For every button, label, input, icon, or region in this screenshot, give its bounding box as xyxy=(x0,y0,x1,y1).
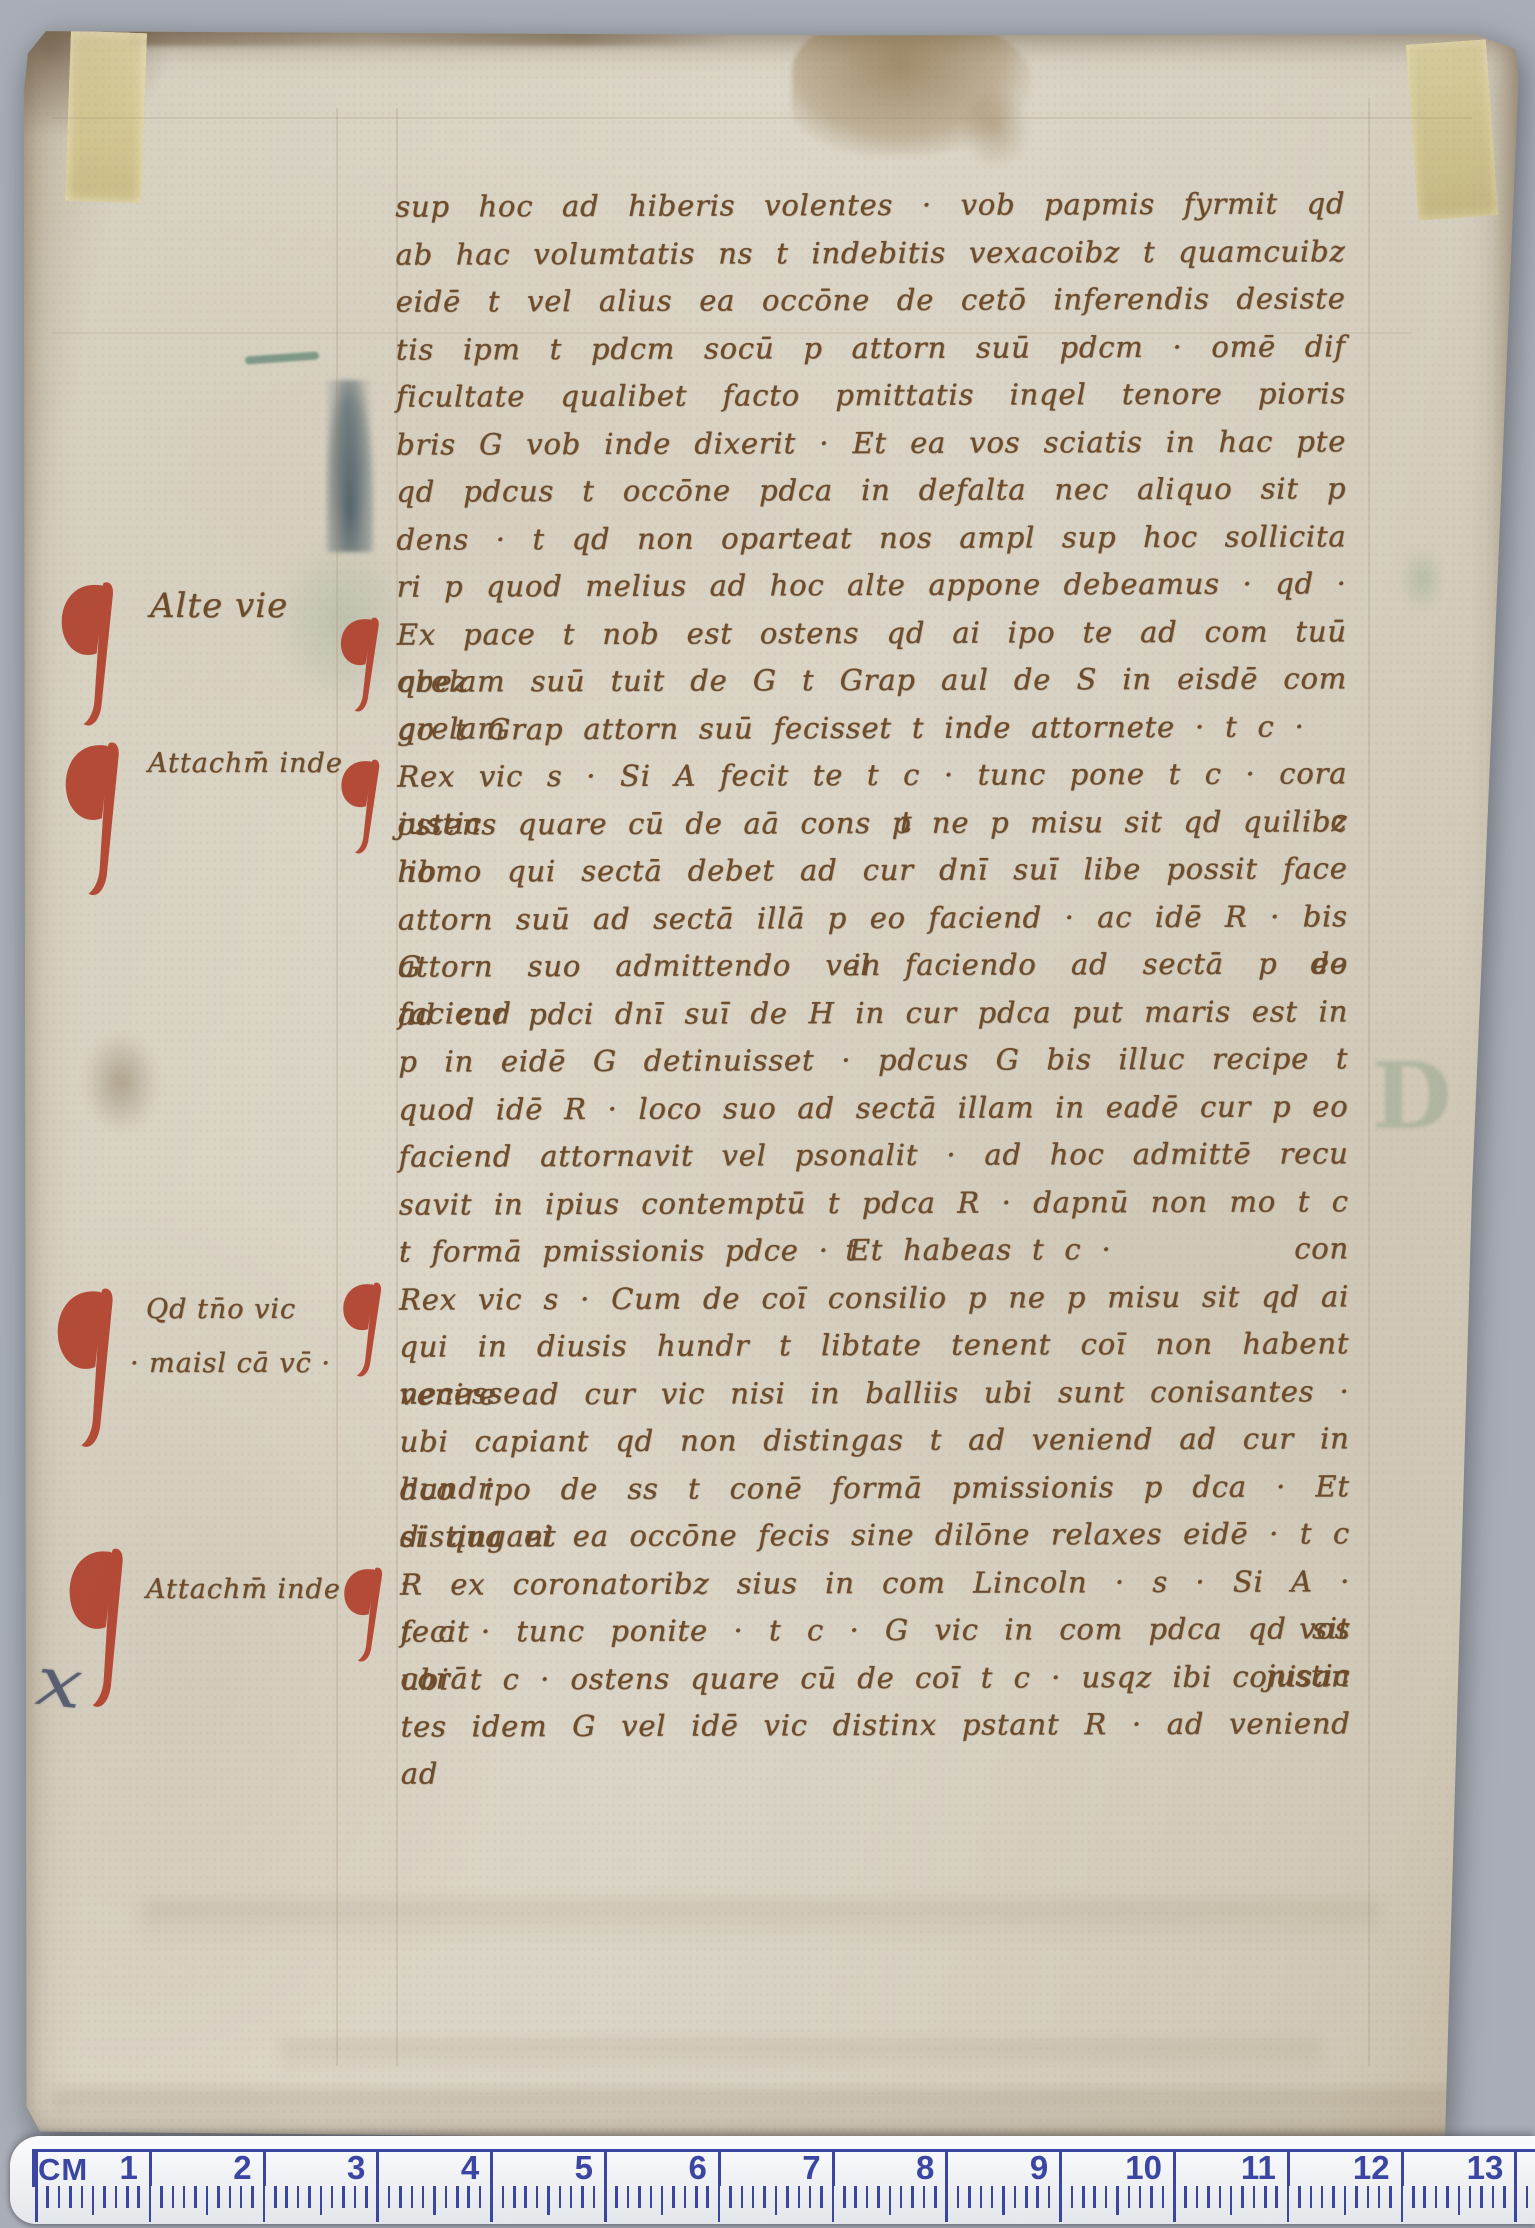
ruler-tick xyxy=(1253,2186,1256,2208)
ruler-tick xyxy=(547,2186,550,2215)
ruler-tick xyxy=(513,2186,516,2208)
ruler-tick xyxy=(832,2186,835,2222)
showthrough-letter: D xyxy=(1372,1042,1452,1150)
ruler-tick xyxy=(820,2186,823,2208)
ruler-tick xyxy=(46,2186,49,2208)
ruler-tick xyxy=(354,2186,357,2208)
ruler-tick xyxy=(1298,2186,1301,2208)
ruler-tick xyxy=(92,2186,95,2215)
manuscript-line-text: bris G vob inde dixerit · Et ea vos scia… xyxy=(396,424,1346,461)
ruler-tick xyxy=(1048,2186,1051,2208)
manuscript-line: Ex pace t nob est ostens qd ai ipo te ad… xyxy=(397,608,1347,658)
margin-paragraph-mark-icon xyxy=(53,1285,121,1455)
margin-note: Attachm̄ inde xyxy=(146,1574,341,1605)
ruler-tick xyxy=(115,2186,118,2208)
ruler-number: 9 xyxy=(964,2150,1048,2186)
ruler-tick xyxy=(741,2186,744,2208)
ruler-cm-line xyxy=(832,2150,835,2186)
ruler-tick xyxy=(1378,2186,1381,2208)
ruler-tick xyxy=(809,2186,812,2208)
manuscript-line-text: ri p quod melius ad hoc alte appone debe… xyxy=(397,566,1347,603)
ruler-tick xyxy=(1310,2186,1313,2208)
ruler-tick xyxy=(1526,2186,1529,2208)
ruler-tick xyxy=(763,2186,766,2208)
ruler-tick xyxy=(559,2186,562,2208)
manuscript-line: faciend attornavit vel psonalit · ad hoc… xyxy=(399,1130,1349,1180)
manuscript-line-text: tis ipm t pdcm socū p attorn suū pdcm · … xyxy=(396,329,1346,366)
ruler-tick xyxy=(331,2186,334,2208)
paragraph-mark-icon xyxy=(339,616,381,716)
manuscript-line: si qua ei ea occōne fecis sine dilōne re… xyxy=(400,1510,1350,1560)
ruler-tick xyxy=(1139,2186,1142,2208)
ruler-tick xyxy=(570,2186,573,2208)
ruler-number: 1 xyxy=(54,2150,138,2186)
ruler-tick xyxy=(843,2186,846,2208)
ruler-tick xyxy=(968,2186,971,2208)
ruler-number: 5 xyxy=(509,2150,593,2186)
ruler-cm-line xyxy=(1401,2150,1404,2186)
manuscript-line: eidē t vel alius ea occōne de cetō infer… xyxy=(396,275,1346,325)
ruler-tick xyxy=(729,2186,732,2208)
ruler-tick xyxy=(69,2186,72,2208)
margin-note: Alte vie xyxy=(150,586,288,626)
ruler-cm-line xyxy=(376,2150,379,2186)
manuscript-line: sup hoc ad hiberis volentes · vob papmis… xyxy=(395,180,1345,230)
ruler-tick xyxy=(775,2186,778,2215)
manuscript-line-text: faciend attornavit vel psonalit · ad hoc… xyxy=(399,1136,1349,1173)
ruler-tick xyxy=(502,2186,505,2208)
ruler-tick xyxy=(615,2186,618,2208)
manuscript-line: ficultate qualibet facto pmittatis inqel… xyxy=(396,370,1346,420)
ruler-tick xyxy=(1014,2186,1017,2208)
manuscript-line: venire ad cur vic nisi in balliis ubi su… xyxy=(399,1368,1349,1418)
manuscript-line-text: go t Grap attorn suū fecisset t inde att… xyxy=(397,709,1305,746)
ruler-tick xyxy=(798,2186,801,2208)
ruler-number: 7 xyxy=(737,2150,821,2186)
manuscript-line-text: tes idem G vel idē vic distinx pstant R … xyxy=(401,1706,1351,1790)
ruler-tick xyxy=(320,2186,323,2215)
manuscript-line: quod idē R · loco suo ad sectā illam in … xyxy=(398,1083,1348,1133)
ruler-tick xyxy=(1025,2186,1028,2208)
ruler-tick xyxy=(524,2186,527,2208)
ruler-cm-line xyxy=(263,2150,266,2186)
manuscript-line: tis ipm t pdcm socū p attorn suū pdcm · … xyxy=(396,323,1346,373)
ruler-tick xyxy=(945,2186,948,2222)
ruler-tick xyxy=(251,2186,254,2208)
ruler-tick xyxy=(285,2186,288,2208)
manuscript-line: go t Grap attorn suū fecisset t inde att… xyxy=(397,703,1347,753)
ruler-cm-line xyxy=(149,2150,152,2186)
pencil-collation-mark: x xyxy=(32,1642,86,1725)
paragraph-mark-icon xyxy=(339,758,381,858)
manuscript-line-text: sup hoc ad hiberis volentes · vob papmis… xyxy=(395,186,1345,223)
ruler-number: 12 xyxy=(1306,2150,1390,2186)
manuscript-line-text: Rex vic s · Cum de coī consilio p ne p m… xyxy=(399,1279,1349,1316)
manuscript-line: attorn suū ad sectā illā p eo faciend · … xyxy=(398,893,1348,943)
ruler-tick xyxy=(627,2186,630,2208)
ruler-tick xyxy=(297,2186,300,2208)
manuscript-line: t formā pmissionis pdce · Et habeas t c … xyxy=(399,1225,1349,1275)
manuscript-line-text: ubi t c · ostens quare cū de coī t c · u… xyxy=(400,1659,1350,1696)
margin-note: Attachm̄ inde xyxy=(148,748,343,779)
manuscript-line: p in eidē G detinuisset · pdcus G bis il… xyxy=(398,1035,1348,1085)
manuscript-line-text: ab hac volumtatis ns t indebitis vexacoi… xyxy=(395,234,1345,271)
ruler-cm-line xyxy=(1287,2150,1290,2186)
ruler-tick xyxy=(1071,2186,1074,2208)
manuscript-photo: sup hoc ad hiberis volentes · vob papmis… xyxy=(0,0,1535,2228)
ruler-tick xyxy=(1344,2186,1347,2215)
ruler-tick xyxy=(786,2186,789,2208)
ruler-tick xyxy=(1219,2186,1222,2208)
manuscript-line: ostens quare cū de aā cons p ne p misu s… xyxy=(397,798,1347,848)
ruler-tick xyxy=(889,2186,892,2215)
ruler-tick xyxy=(718,2186,721,2222)
ruler-tick xyxy=(1150,2186,1153,2208)
manuscript-line-text: ficultate qualibet facto pmittatis inqel… xyxy=(396,376,1346,413)
ruler-tick xyxy=(240,2186,243,2208)
ruler-tick xyxy=(160,2186,163,2208)
ruler-tick xyxy=(411,2186,414,2208)
ruler-tick xyxy=(81,2186,84,2208)
manuscript-line-text: dens · t qd non oparteat nos ampl sup ho… xyxy=(396,519,1346,556)
manuscript-line: tes idem G vel idē vic distinx pstant R … xyxy=(401,1700,1351,1750)
manuscript-content: sup hoc ad hiberis volentes · vob papmis… xyxy=(0,0,1535,2228)
manuscript-line-text: homo qui sectā debet ad cur dnī suī libe… xyxy=(398,851,1348,888)
ruler-tick xyxy=(1105,2186,1108,2208)
ruler-tick xyxy=(581,2186,584,2208)
manuscript-line-text: ad cur pdci dnī suī de H in cur pdca put… xyxy=(398,994,1348,1031)
ruler-number: 2 xyxy=(168,2150,252,2186)
manuscript-line-text: venire ad cur vic nisi in balliis ubi su… xyxy=(399,1374,1349,1411)
ruler-tick xyxy=(137,2186,140,2208)
ruler-tick xyxy=(1241,2186,1244,2208)
ruler-tick xyxy=(229,2186,232,2208)
ruler-cm-line xyxy=(1059,2150,1062,2186)
margin-paragraph-mark-icon xyxy=(61,739,127,903)
ruler-tick xyxy=(980,2186,983,2208)
manuscript-line: ubi t c · ostens quare cū de coī t c · u… xyxy=(400,1653,1350,1703)
manuscript-line: qrelam suū tuit de G t Grap aul de S in … xyxy=(397,655,1347,705)
ruler-tick xyxy=(1435,2186,1438,2208)
ruler-tick xyxy=(866,2186,869,2208)
ruler-tick xyxy=(433,2186,436,2215)
ruler-cm-line xyxy=(490,2150,493,2186)
ruler-tick xyxy=(593,2186,596,2208)
ruler-number: 10 xyxy=(1078,2150,1162,2186)
manuscript-line: R ex coronatoribz sius in com Lincoln · … xyxy=(400,1558,1350,1608)
ruler-tick xyxy=(934,2186,937,2208)
manuscript-line: dco ipo de ss t conē formā pmissionis p … xyxy=(400,1463,1350,1513)
ruler-tick xyxy=(1128,2186,1131,2208)
ruler-tick xyxy=(1458,2186,1461,2215)
ruler-number: 11 xyxy=(1192,2150,1276,2186)
manuscript-line-text: t formā pmissionis pdce · Et habeas t c … xyxy=(399,1232,1112,1268)
ruler-tick xyxy=(1230,2186,1233,2215)
manuscript-line-text: qd pdcus t occōne pdca in defalta nec al… xyxy=(396,471,1346,508)
ruler-tick xyxy=(388,2186,391,2208)
ruler-tick xyxy=(1184,2186,1187,2208)
ruler-tick xyxy=(650,2186,653,2208)
ruler-tick xyxy=(308,2186,311,2208)
ruler-tick xyxy=(490,2186,493,2222)
ruler-tick xyxy=(661,2186,664,2215)
ruler-tick xyxy=(58,2186,61,2208)
ruler-tick xyxy=(752,2186,755,2208)
ruler-tick xyxy=(103,2186,106,2208)
ruler-tick xyxy=(672,2186,675,2208)
ruler-cm-line xyxy=(35,2150,38,2186)
ruler-tick xyxy=(183,2186,186,2208)
ruler-tick xyxy=(1503,2186,1506,2208)
ruler-tick xyxy=(35,2186,38,2222)
ruler-tick xyxy=(1173,2186,1176,2222)
ruler-tick xyxy=(536,2186,539,2208)
ruler-tick xyxy=(1469,2186,1472,2208)
ruler-tick xyxy=(1401,2186,1404,2222)
ruler-tick xyxy=(206,2186,209,2215)
ruler-tick xyxy=(1207,2186,1210,2208)
ruler-tick xyxy=(1093,2186,1096,2208)
manuscript-line-text: quod idē R · loco suo ad sectā illam in … xyxy=(398,1089,1348,1126)
manuscript-line: ubi capiant qd non distingas t ad venien… xyxy=(400,1415,1350,1465)
manuscript-line: Rex vic s · Cum de coī consilio p ne p m… xyxy=(399,1273,1349,1323)
ruler-tick xyxy=(1196,2186,1199,2208)
text-column: sup hoc ad hiberis volentes · vob papmis… xyxy=(395,180,1353,1763)
ruler-tick xyxy=(1514,2186,1517,2222)
ruler-tick xyxy=(1264,2186,1267,2208)
ruler-tick xyxy=(957,2186,960,2208)
ruler-cm-line xyxy=(1173,2150,1176,2186)
ruler-tick xyxy=(217,2186,220,2208)
manuscript-line: t c · tunc ponite · t c · G vic in com p… xyxy=(400,1605,1350,1655)
ruler-tick xyxy=(172,2186,175,2208)
manuscript-line: ri p quod melius ad hoc alte appone debe… xyxy=(397,560,1347,610)
ruler-tick xyxy=(1275,2186,1278,2208)
paragraph-mark-icon xyxy=(341,1281,383,1381)
ruler-tick xyxy=(342,2186,345,2208)
ruler-tick xyxy=(399,2186,402,2208)
ruler-number: 8 xyxy=(850,2150,934,2186)
ruler-tick xyxy=(1492,2186,1495,2208)
ruler-tick xyxy=(365,2186,368,2208)
ruler-tick xyxy=(456,2186,459,2208)
manuscript-line-text: eidē t vel alius ea occōne de cetō infer… xyxy=(396,281,1346,318)
ruler-tick xyxy=(1412,2186,1415,2208)
manuscript-line: ad cur pdci dnī suī de H in cur pdca put… xyxy=(398,988,1348,1038)
manuscript-line-text: p in eidē G detinuisset · pdcus G bis il… xyxy=(398,1041,1348,1078)
ruler-tick xyxy=(1446,2186,1449,2208)
ruler-tick xyxy=(467,2186,470,2208)
ruler-tick xyxy=(684,2186,687,2208)
ruler-tick xyxy=(638,2186,641,2208)
ruler-tick xyxy=(376,2186,379,2222)
ruler-tick xyxy=(900,2186,903,2208)
ruler-tick xyxy=(1355,2186,1358,2208)
ruler-tick xyxy=(1332,2186,1335,2208)
margin-paragraph-mark-icon xyxy=(57,579,120,733)
ruler-number: 6 xyxy=(623,2150,707,2186)
ruler-tick xyxy=(1321,2186,1324,2208)
manuscript-line: attorn suo admittendo vel faciendo ad se… xyxy=(398,940,1348,990)
ruler-tick xyxy=(1162,2186,1165,2208)
margin-note: · maisl cā vc̄ · xyxy=(130,1348,331,1379)
ruler-tick xyxy=(911,2186,914,2208)
ruler-tick xyxy=(706,2186,709,2208)
ruler-number: 13 xyxy=(1419,2150,1503,2186)
manuscript-line: dens · t qd non oparteat nos ampl sup ho… xyxy=(396,513,1346,563)
ruler-tick xyxy=(1002,2186,1005,2215)
ruler-tick xyxy=(991,2186,994,2208)
paragraph-mark-icon xyxy=(342,1566,384,1666)
ruler-tick xyxy=(1059,2186,1062,2222)
ruler-number: 3 xyxy=(281,2150,365,2186)
ruler-tick xyxy=(1287,2186,1290,2222)
manuscript-line: qui in diusis hundr t libtate tenent coī… xyxy=(399,1320,1349,1370)
ruler-tick xyxy=(149,2186,152,2222)
ruler-tick xyxy=(445,2186,448,2208)
manuscript-line: Rex vic s · Si A fecit te t c · tunc pon… xyxy=(397,750,1347,800)
ruler-tick xyxy=(1480,2186,1483,2208)
ruler-cm-line xyxy=(945,2150,948,2186)
ruler-tick xyxy=(263,2186,266,2222)
ruler-tick xyxy=(1036,2186,1039,2208)
ruler-tick xyxy=(604,2186,607,2222)
ruler-tick xyxy=(126,2186,129,2208)
ruler-tick xyxy=(695,2186,698,2208)
ruler-tick xyxy=(854,2186,857,2208)
manuscript-line: ab hac volumtatis ns t indebitis vexacoi… xyxy=(395,228,1345,278)
ruler-tick xyxy=(1082,2186,1085,2208)
margin-note: Qd tn̄o vic xyxy=(146,1294,296,1325)
ruler-tick xyxy=(274,2186,277,2208)
ruler-tick xyxy=(422,2186,425,2208)
ruler-cm-line xyxy=(604,2150,607,2186)
ruler-tick xyxy=(1116,2186,1119,2215)
manuscript-line: homo qui sectā debet ad cur dnī suī libe… xyxy=(398,845,1348,895)
ruler: CM 12345678910111213 xyxy=(10,2136,1535,2224)
ruler-cm-line xyxy=(718,2150,721,2186)
manuscript-line: bris G vob inde dixerit · Et ea vos scia… xyxy=(396,418,1346,468)
ruler-tick xyxy=(923,2186,926,2208)
manuscript-line: savit in ipius contemptū t pdca R · dapn… xyxy=(399,1178,1349,1228)
ruler-tick xyxy=(1389,2186,1392,2208)
ruler-tick xyxy=(194,2186,197,2208)
ruler-tick xyxy=(877,2186,880,2208)
ruler-number: 4 xyxy=(395,2150,479,2186)
manuscript-line: qd pdcus t occōne pdca in defalta nec al… xyxy=(396,465,1346,515)
ruler-tick xyxy=(1423,2186,1426,2208)
ruler-cm-line xyxy=(1514,2150,1517,2186)
ruler-tick xyxy=(1367,2186,1370,2208)
ruler-tick xyxy=(479,2186,482,2208)
